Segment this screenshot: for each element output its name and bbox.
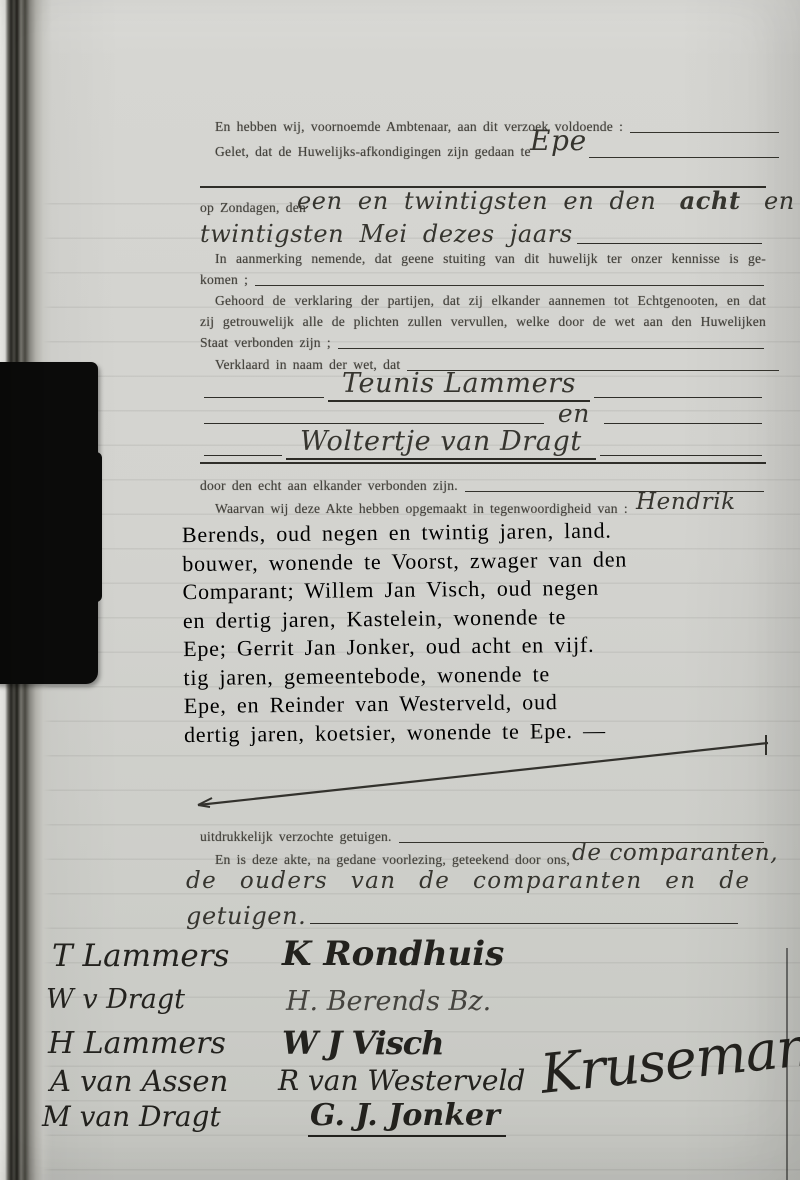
register-page-scan: En hebben wij, voornoemde Ambtenaar, aan… bbox=[0, 0, 800, 1180]
printed-text: Waarvan wij deze Akte hebben opgemaakt i… bbox=[215, 500, 628, 517]
signature: T Lammers bbox=[52, 938, 229, 974]
signature: M van Dragt bbox=[42, 1100, 221, 1133]
printed-text: In aanmerking nemende, dat geene stuitin… bbox=[215, 250, 766, 267]
printed-text: Gehoord de verklaring der partijen, dat … bbox=[215, 292, 766, 309]
handwritten-place: Epe bbox=[530, 124, 587, 157]
blank-rule bbox=[577, 243, 762, 244]
handwritten-signedby-3-row: getuigen. bbox=[186, 898, 742, 930]
printed-text: door den echt aan elkander verbonden zij… bbox=[200, 477, 458, 494]
printed-line-banns: Gelet, dat de Huwelijks-afkondigingen zi… bbox=[200, 143, 781, 160]
signature: H. Berends Bz. bbox=[286, 986, 491, 1017]
signature: H Lammers bbox=[48, 1026, 226, 1061]
blank-rule bbox=[600, 455, 762, 456]
handwritten-bride-name: Woltertje van Dragt bbox=[286, 426, 596, 460]
blank-rule bbox=[255, 285, 764, 286]
blank-rule bbox=[589, 157, 779, 158]
printed-text: uitdrukkelijk verzochte getuigen. bbox=[200, 828, 392, 845]
printed-line-objection1: In aanmerking nemende, dat geene stuitin… bbox=[200, 250, 781, 267]
signature-underlined: G. J. Jonker bbox=[308, 1098, 506, 1137]
handwritten-signedby-2: de ouders van de comparanten en de bbox=[186, 868, 750, 894]
full-rule bbox=[200, 462, 766, 464]
blank-rule bbox=[338, 348, 764, 349]
handwritten-date-line1: een en twintigsten en den acht en bbox=[297, 186, 795, 215]
signature: A van Assen bbox=[50, 1064, 228, 1098]
printed-line-declaration2: zij getrouwelijk alle de plichten zullen… bbox=[200, 313, 766, 330]
signature: K Rondhuis bbox=[282, 934, 504, 974]
handwritten-signedby-3: getuigen. bbox=[186, 902, 306, 930]
handwritten-date-line2-row: twintigsten Mei dezes jaars bbox=[200, 218, 766, 248]
printed-line-objection2: komen ; bbox=[200, 271, 766, 288]
handwritten-date-part: een en twintigsten en den bbox=[297, 187, 656, 215]
blank-rule bbox=[204, 455, 282, 456]
printed-text: zij getrouwelijk alle de plichten zullen… bbox=[200, 313, 766, 330]
signature: W v Dragt bbox=[46, 984, 185, 1015]
printed-text: op Zondagen, den bbox=[200, 199, 306, 216]
printed-line-declaration1: Gehoord de verklaring der partijen, dat … bbox=[200, 292, 781, 309]
signature: W J Visch bbox=[282, 1024, 444, 1062]
official-signature: Kruseman. bbox=[537, 1013, 800, 1106]
printed-text: komen ; bbox=[200, 271, 248, 288]
handwritten-witness-block: Berends, oud negen en twintig jaren, lan… bbox=[182, 515, 776, 749]
printed-text: En is deze akte, na gedane voorlezing, g… bbox=[215, 851, 570, 868]
handwritten-date-part-bold: acht bbox=[680, 186, 741, 215]
diagonal-strike-line bbox=[190, 735, 772, 813]
printed-line-request: En hebben wij, voornoemde Ambtenaar, aan… bbox=[200, 118, 781, 135]
printed-text: Gelet, dat de Huwelijks-afkondigingen zi… bbox=[215, 143, 531, 160]
blank-rule bbox=[630, 132, 779, 133]
printed-text: Staat verbonden zijn ; bbox=[200, 334, 331, 351]
page-edge-line bbox=[786, 948, 788, 1180]
handwritten-signedby-1: de comparanten, bbox=[572, 840, 778, 866]
printed-line-declaration3: Staat verbonden zijn ; bbox=[200, 334, 766, 351]
black-bookmark-block bbox=[0, 362, 98, 684]
bride-name-row: Woltertje van Dragt bbox=[200, 422, 766, 460]
handwritten-date-line2: twintigsten Mei dezes jaars bbox=[200, 220, 573, 248]
handwritten-date-part: en bbox=[764, 187, 795, 215]
blank-rule bbox=[310, 923, 738, 924]
signature: R van Westerveld bbox=[278, 1064, 525, 1097]
handwritten-witness-first-word: Hendrik bbox=[636, 489, 736, 515]
